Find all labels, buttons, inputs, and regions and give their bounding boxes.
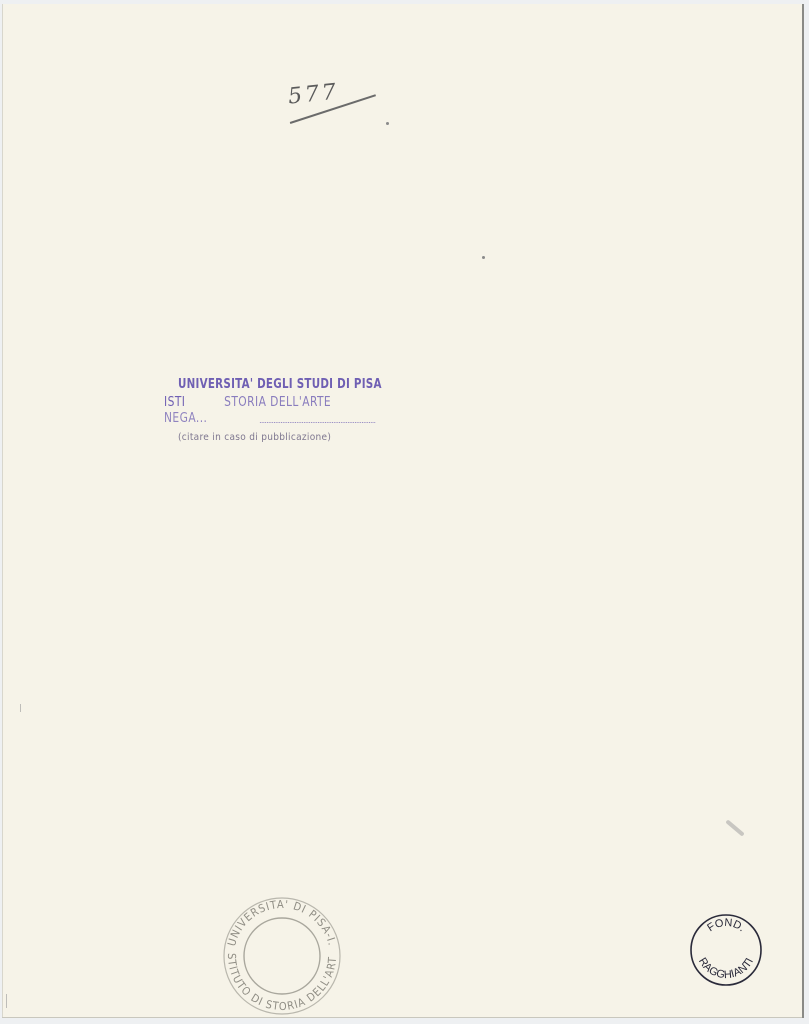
svg-text:ISTITUTO DI STORIA DELL'ARTE: ISTITUTO DI STORIA DELL'ARTE [220,894,339,1013]
svg-text:UNIVERSITA' DI PISA-I.: UNIVERSITA' DI PISA-I. [225,898,339,948]
fondazione-ragghianti-stamp: FOND. RAGGHIANTI [688,912,764,988]
stamp-line-university: UNIVERSITA' DEGLI STUDI DI PISA [178,376,370,392]
stamp-line-institute: ISTI STORIA DELL'ARTE [164,394,375,410]
university-ink-stamp: UNIVERSITA' DEGLI STUDI DI PISA ISTI STO… [164,376,404,443]
stamp-institute-right: STORIA DELL'ARTE [224,394,331,410]
edge-mark [6,994,7,1008]
stamp-dotted-line [260,421,375,423]
edge-mark [20,704,21,712]
ink-dot [386,122,389,125]
blind-stamp-bottom-text: ISTITUTO DI STORIA DELL'ARTE [220,894,339,1013]
handwritten-number: 577 [287,79,340,109]
stamp-institute-left: ISTI [164,394,185,410]
photo-back-sheet: 577 UNIVERSITA' DEGLI STUDI DI PISA ISTI… [2,4,804,1018]
svg-text:FOND.: FOND. [705,917,747,934]
university-blind-stamp: UNIVERSITA' DI PISA-I. ISTITUTO DI STORI… [220,894,344,1018]
stamp-line-citation: (citare in caso di pubblicazione) [178,432,404,443]
ink-dot [482,256,485,259]
foundation-stamp-top-text: FOND. [705,917,747,934]
stamp-negative-label: NEGA... [164,410,207,426]
ink-smudge [725,819,744,836]
blind-stamp-top-text: UNIVERSITA' DI PISA-I. [225,898,339,948]
stamp-line-negative: NEGA... [164,410,375,426]
